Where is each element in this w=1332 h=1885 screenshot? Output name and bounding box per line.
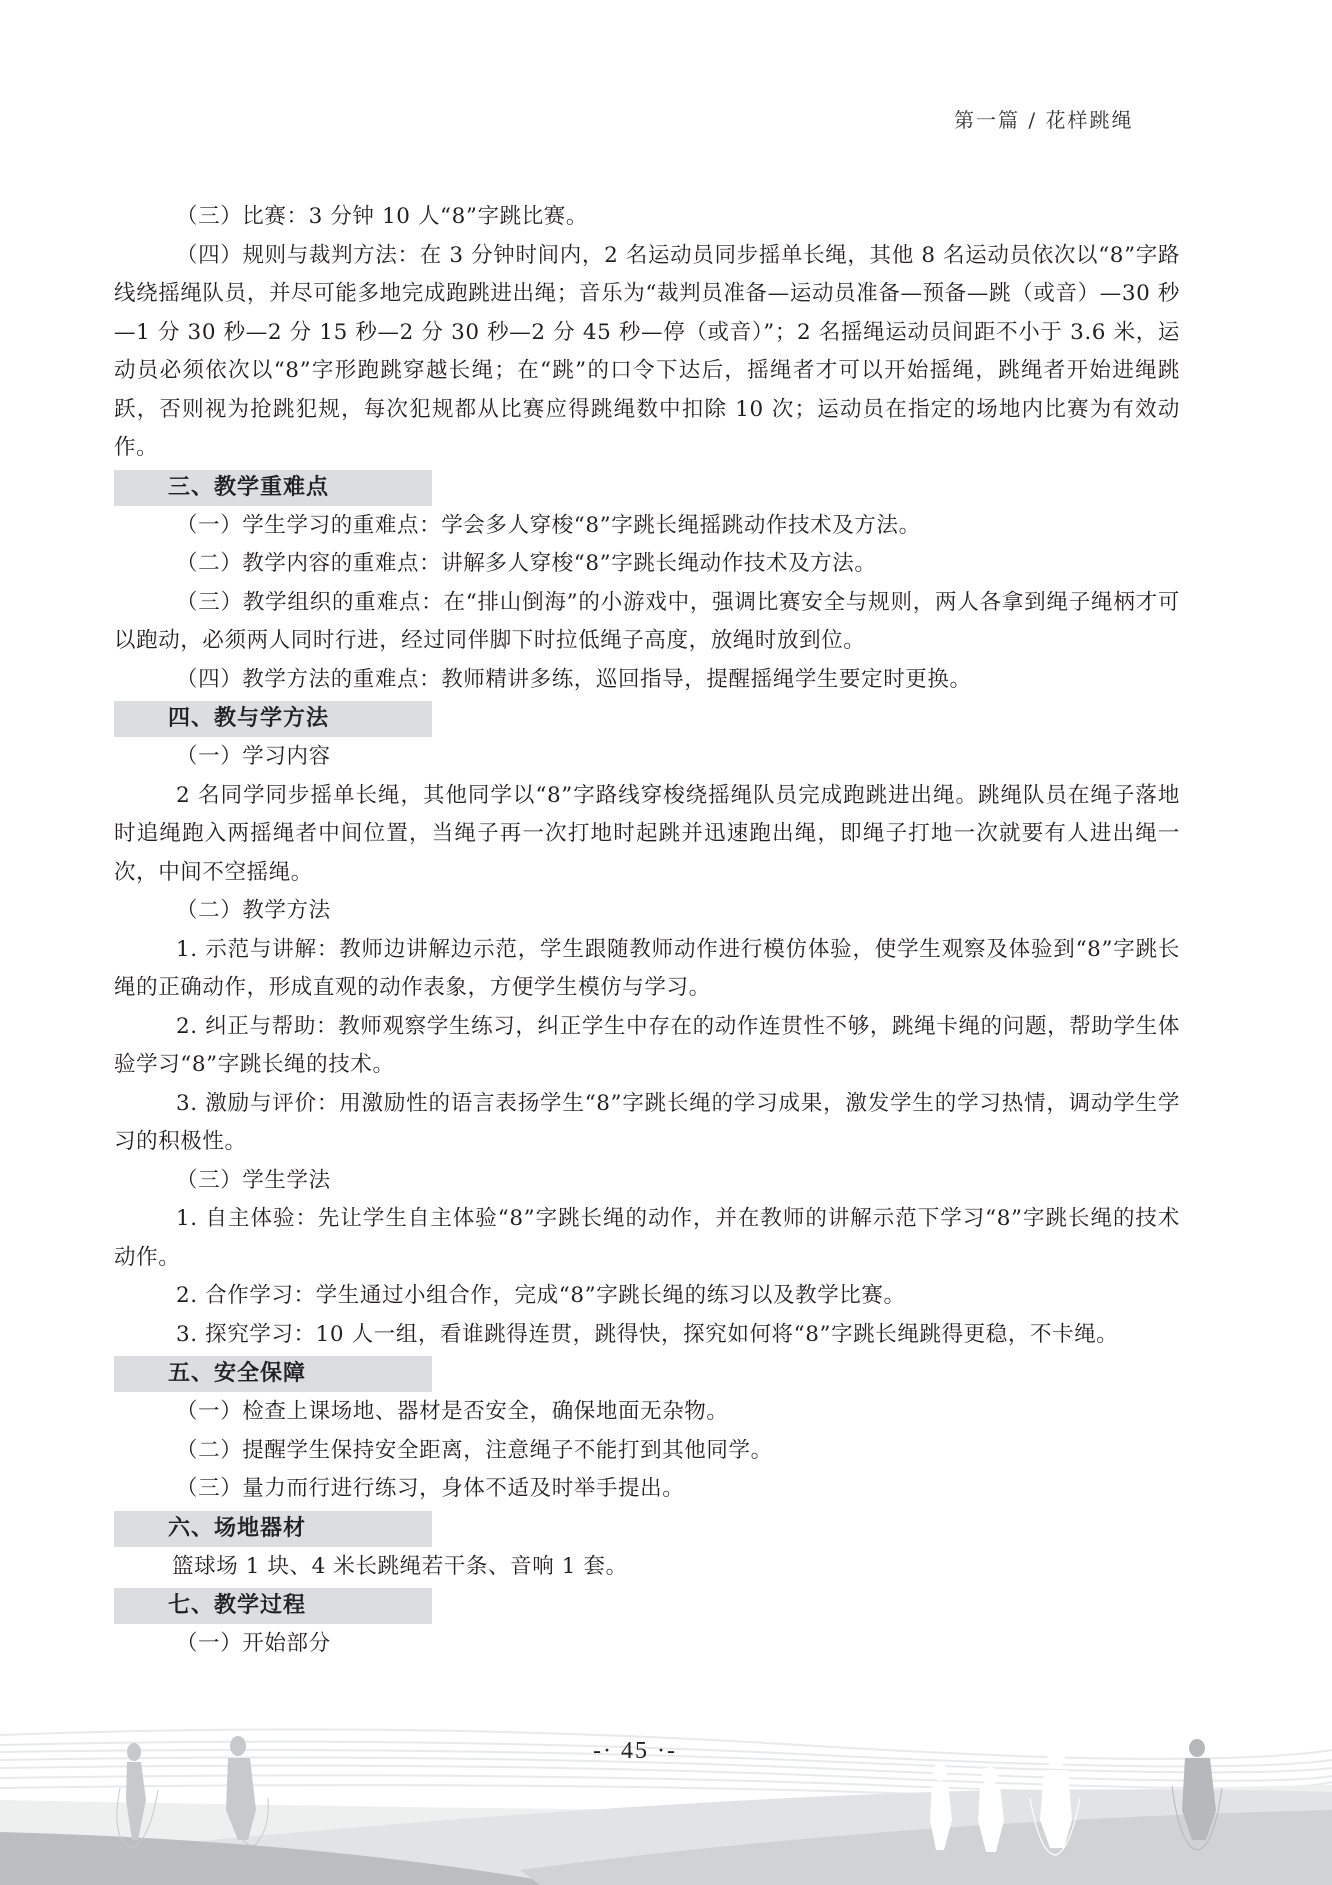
subheading: （二）教学方法 [114, 892, 1180, 931]
paragraph: （一）检查上课场地、器材是否安全，确保地面无杂物。 [114, 1393, 1180, 1432]
paragraph: 2 名同学同步摇单长绳，其他同学以“8”字路线穿梭绕摇绳队员完成跑跳进出绳。跳绳… [114, 777, 1180, 893]
rope-skipping-silhouettes-icon [0, 1690, 1332, 1885]
paragraph: （二）提醒学生保持安全距离，注意绳子不能打到其他同学。 [114, 1432, 1180, 1471]
paragraph: （一）学生学习的重难点：学会多人穿梭“8”字跳长绳摇跳动作技术及方法。 [114, 507, 1180, 546]
paragraph: 篮球场 1 块、4 米长跳绳若干条、音响 1 套。 [114, 1548, 1180, 1587]
paragraph: 1. 示范与讲解：教师边讲解边示范，学生跟随教师动作进行模仿体验，使学生观察及体… [114, 931, 1180, 1008]
page-body: （三）比赛：3 分钟 10 人“8”字跳比赛。 （四）规则与裁判方法：在 3 分… [114, 198, 1180, 1664]
page-number: -· 45 ·- [575, 1738, 695, 1765]
paragraph: （三）教学组织的重难点：在“排山倒海”的小游戏中，强调比赛安全与规则，两人各拿到… [114, 584, 1180, 661]
running-header: 第一篇 / 花样跳绳 [954, 104, 1133, 133]
paragraph: （四）教学方法的重难点：教师精讲多练，巡回指导，提醒摇绳学生要定时更换。 [114, 661, 1180, 700]
footer-illustration [0, 1690, 1332, 1885]
section-heading: 七、教学过程 [114, 1588, 432, 1624]
subheading: （一）开始部分 [114, 1625, 1180, 1664]
paragraph: （三）比赛：3 分钟 10 人“8”字跳比赛。 [114, 198, 1180, 237]
section-heading: 四、教与学方法 [114, 701, 432, 737]
subheading: （一）学习内容 [114, 738, 1180, 777]
section-heading: 五、安全保障 [114, 1356, 432, 1392]
paragraph: 3. 激励与评价：用激励性的语言表扬学生“8”字跳长绳的学习成果，激发学生的学习… [114, 1085, 1180, 1162]
subheading: （三）学生学法 [114, 1162, 1180, 1201]
paragraph: 2. 纠正与帮助：教师观察学生练习，纠正学生中存在的动作连贯性不够，跳绳卡绳的问… [114, 1008, 1180, 1085]
paragraph: 3. 探究学习：10 人一组，看谁跳得连贯，跳得快，探究如何将“8”字跳长绳跳得… [114, 1316, 1180, 1355]
paragraph: 2. 合作学习：学生通过小组合作，完成“8”字跳长绳的练习以及教学比赛。 [114, 1277, 1180, 1316]
paragraph: （三）量力而行进行练习，身体不适及时举手提出。 [114, 1470, 1180, 1509]
section-heading: 三、教学重难点 [114, 470, 432, 506]
paragraph: （四）规则与裁判方法：在 3 分钟时间内，2 名运动员同步摇单长绳，其他 8 名… [114, 237, 1180, 468]
paragraph: 1. 自主体验：先让学生自主体验“8”字跳长绳的动作，并在教师的讲解示范下学习“… [114, 1200, 1180, 1277]
paragraph: （二）教学内容的重难点：讲解多人穿梭“8”字跳长绳动作技术及方法。 [114, 545, 1180, 584]
section-heading: 六、场地器材 [114, 1511, 432, 1547]
